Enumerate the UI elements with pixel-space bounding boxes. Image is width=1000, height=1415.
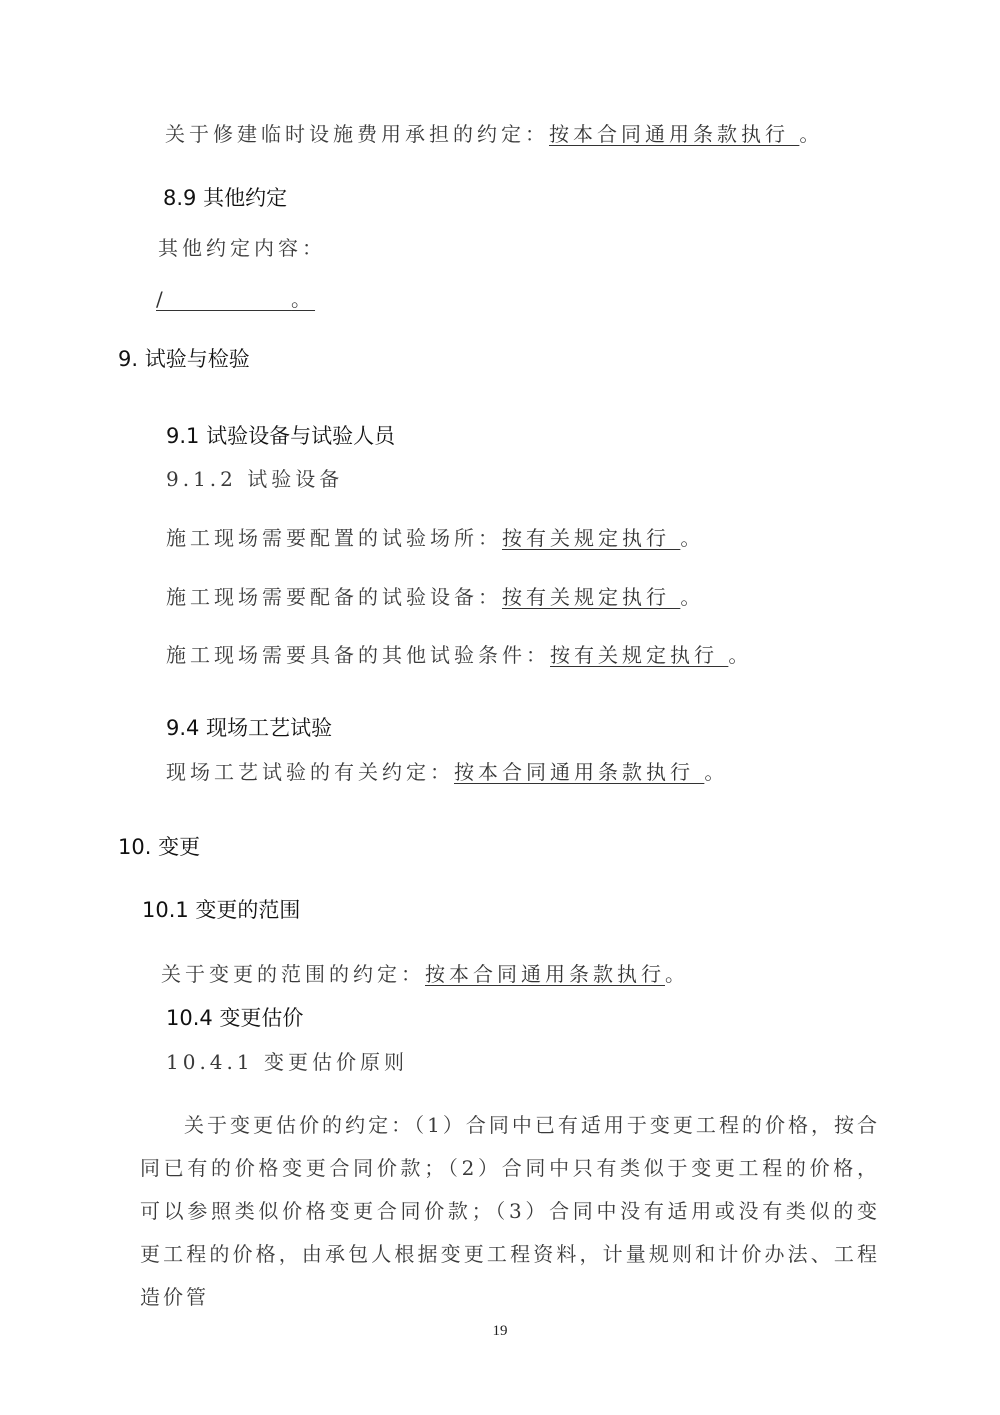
clause-label: 施工现场需要配备的试验设备： [166,585,502,609]
clause-end: 。 [704,760,728,784]
other-agreement-value: / 。 [156,289,315,309]
clause-label: 现场工艺试验的有关约定： [166,760,454,784]
paragraph-text: 关于变更估价的约定：（1）合同中已有适用于变更工程的价格，按合同已有的价格变更合… [140,1113,880,1309]
heading-9-4: 9.4 现场工艺试验 [166,718,332,739]
clause-end: 。 [799,122,823,146]
clause-value: 按有关规定执行 [502,526,680,550]
heading-9-1: 9.1 试验设备与试验人员 [166,426,395,447]
heading-10: 10. 变更 [118,837,200,858]
clause-end: 。 [728,643,752,667]
heading-10-4: 10.4 变更估价 [166,1008,303,1029]
clause-value: 按有关规定执行 [502,585,680,609]
clause-end: 。 [291,287,315,311]
clause-value: 按本合同通用条款执行 [549,122,799,146]
temp-facilities-clause: 关于修建临时设施费用承担的约定：按本合同通用条款执行 。 [165,124,823,144]
heading-8-9: 8.9 其他约定 [163,188,287,209]
clause-label: 施工现场需要具备的其他试验条件： [166,643,550,667]
heading-9-1-2: 9.1.2 试验设备 [166,469,343,489]
clause-value: / [156,287,291,311]
process-test-clause: 现场工艺试验的有关约定：按本合同通用条款执行 。 [166,762,728,782]
clause-end: 。 [680,526,704,550]
clause-label: 关于变更的范围的约定： [161,962,425,986]
heading-10-4-1: 10.4.1 变更估价原则 [166,1052,408,1072]
heading-9: 9. 试验与检验 [118,349,250,370]
clause-value: 按有关规定执行 [550,643,728,667]
clause-end: 。 [665,962,689,986]
clause-label: 施工现场需要配置的试验场所： [166,526,502,550]
clause-end: 。 [680,585,704,609]
clause-label: 关于修建临时设施费用承担的约定： [165,122,549,146]
page-number: 19 [0,1323,1000,1340]
test-conditions-clause: 施工现场需要具备的其他试验条件：按有关规定执行 。 [166,645,752,665]
test-equipment-clause: 施工现场需要配备的试验设备：按有关规定执行 。 [166,587,704,607]
clause-value: 按本合同通用条款执行 [425,962,665,986]
other-agreement-label: 其他约定内容： [158,238,326,258]
clause-value: 按本合同通用条款执行 [454,760,704,784]
change-scope-clause: 关于变更的范围的约定：按本合同通用条款执行。 [161,964,689,984]
valuation-paragraph: 关于变更估价的约定：（1）合同中已有适用于变更工程的价格，按合同已有的价格变更合… [140,1104,880,1319]
heading-10-1: 10.1 变更的范围 [142,900,300,921]
test-site-clause: 施工现场需要配置的试验场所：按有关规定执行 。 [166,528,704,548]
